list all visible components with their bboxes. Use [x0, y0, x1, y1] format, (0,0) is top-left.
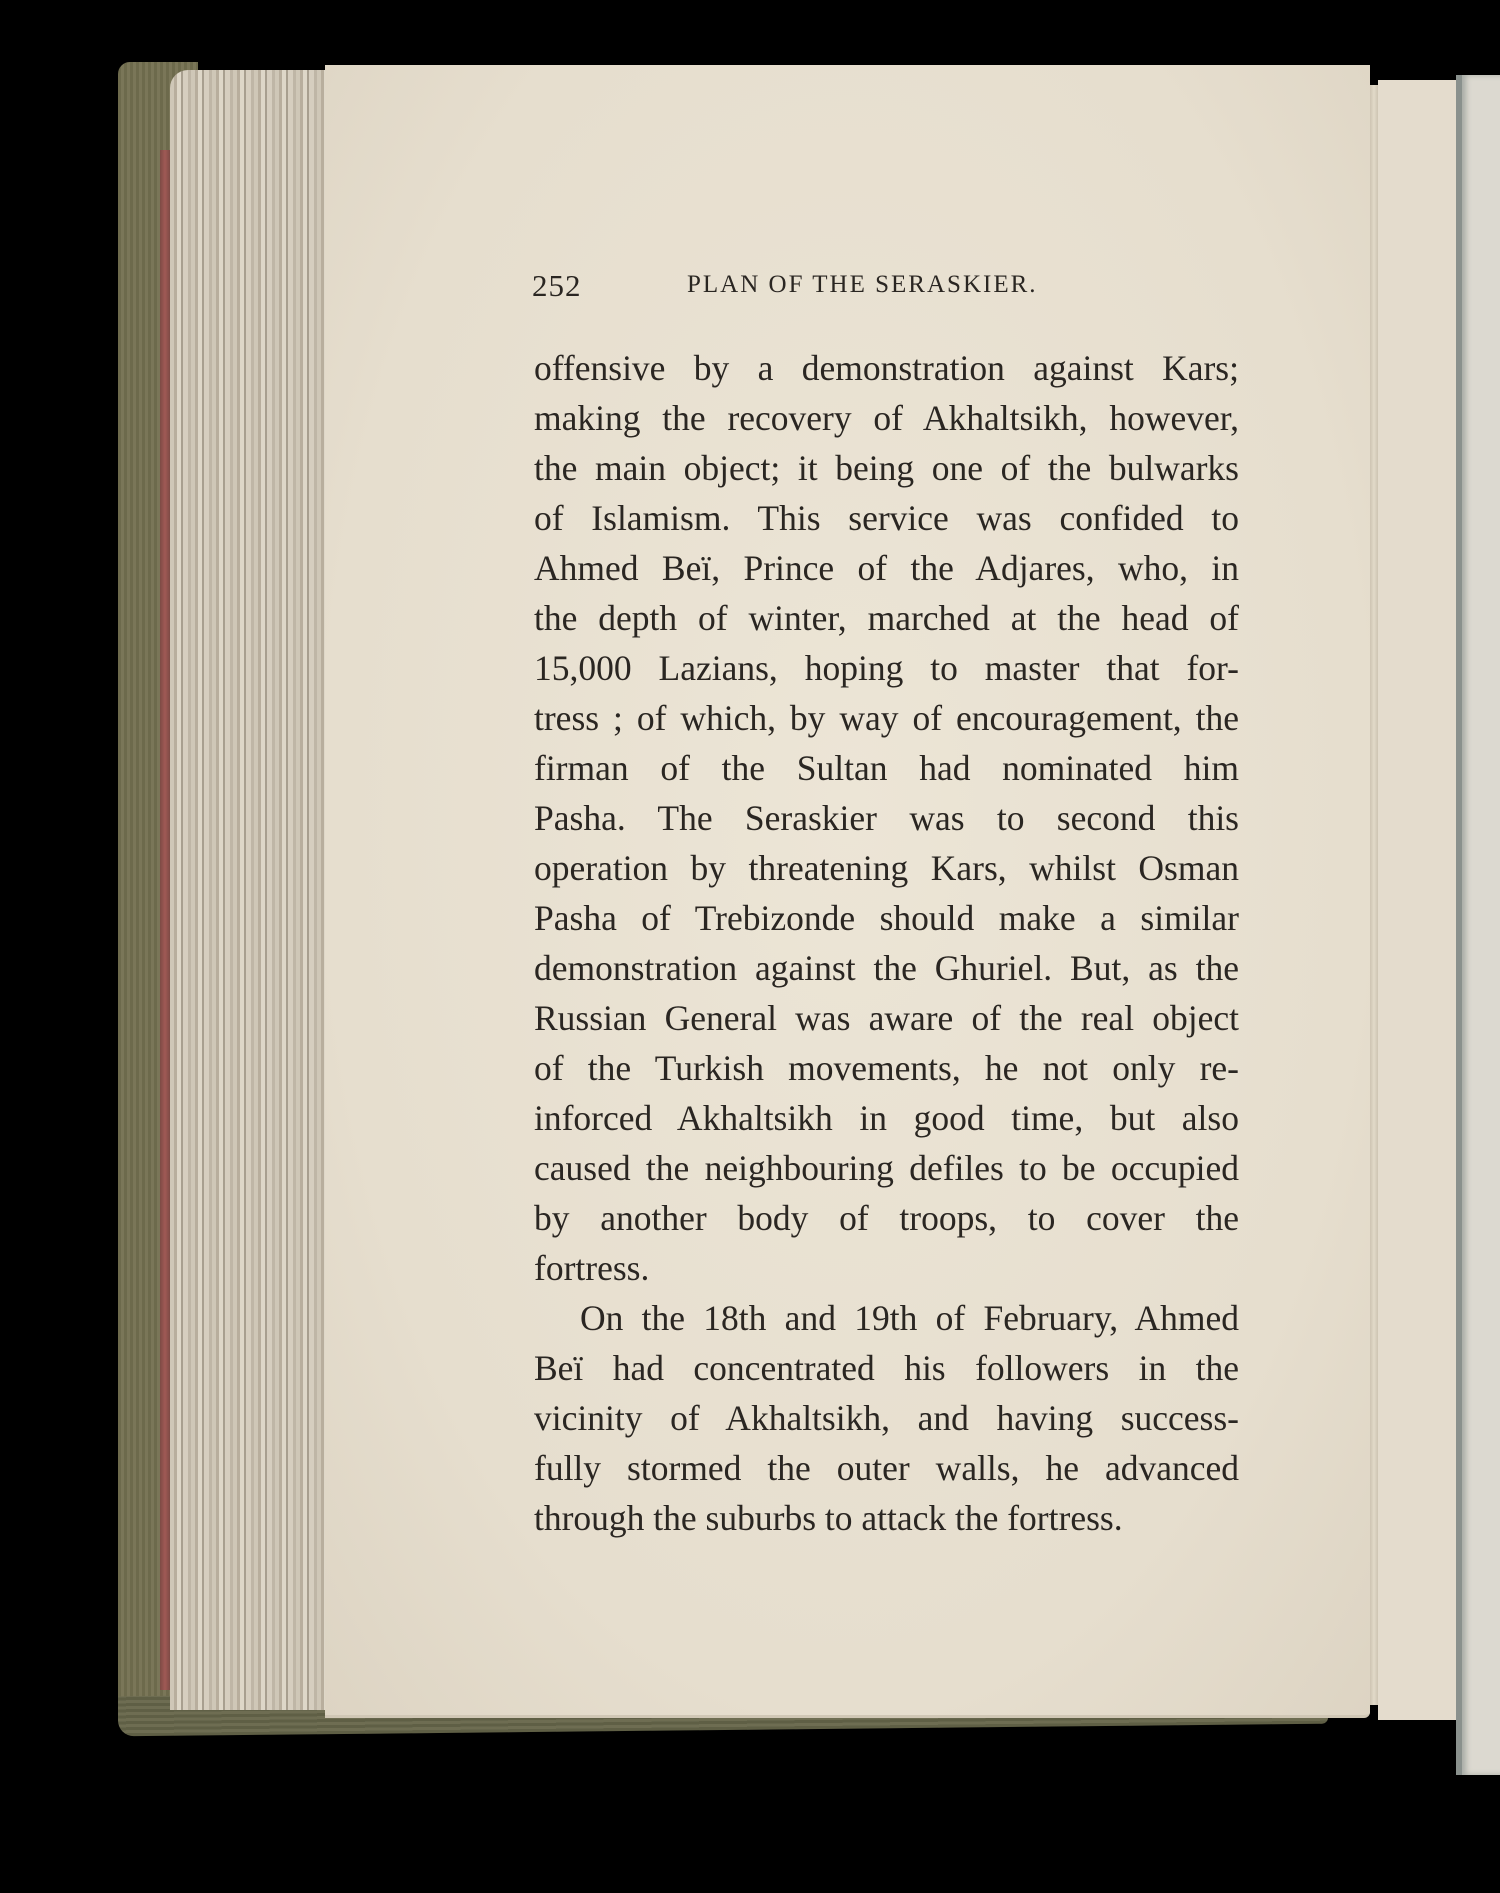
- text-line: of the Turkish movements, he not only re…: [534, 1043, 1239, 1093]
- text-line: by another body of troops, to cover the: [534, 1193, 1239, 1243]
- text-line: inforced Akhaltsikh in good time, but al…: [534, 1093, 1239, 1143]
- page-number: 252: [532, 268, 582, 304]
- book-headband: [160, 150, 170, 1690]
- text-line: offensive by a demonstration against Kar…: [534, 343, 1239, 393]
- text-line: Ahmed Beï, Prince of the Adjares, who, i…: [534, 543, 1239, 593]
- text-line: On the 18th and 19th of February, Ahmed: [534, 1293, 1239, 1343]
- text-line: caused the neighbouring defiles to be oc…: [534, 1143, 1239, 1193]
- text-line: Pasha of Trebizonde should make a simila…: [534, 893, 1239, 943]
- right-page-margin: [1378, 80, 1456, 1720]
- text-line: firman of the Sultan had nominated him: [534, 743, 1239, 793]
- text-line: fully stormed the outer walls, he advanc…: [534, 1443, 1239, 1493]
- text-line: of Islamism. This service was confided t…: [534, 493, 1239, 543]
- text-line: the main object; it being one of the bul…: [534, 443, 1239, 493]
- text-line: vicinity of Akhaltsikh, and having succe…: [534, 1393, 1239, 1443]
- paragraph: On the 18th and 19th of February, AhmedB…: [534, 1293, 1239, 1543]
- text-line: through the suburbs to attack the fortre…: [534, 1493, 1239, 1543]
- text-line: the depth of winter, marched at the head…: [534, 593, 1239, 643]
- right-page-edge: [1456, 75, 1500, 1775]
- running-head: 252 PLAN OF THE SERASKIER.: [532, 268, 1232, 308]
- book-gutter: [1370, 85, 1378, 1705]
- text-line: 15,000 Lazians, hoping to master that fo…: [534, 643, 1239, 693]
- text-line: tress ; of which, by way of encouragemen…: [534, 693, 1239, 743]
- text-line: Beï had concentrated his followers in th…: [534, 1343, 1239, 1393]
- running-head-title: PLAN OF THE SERASKIER.: [687, 271, 1038, 299]
- page-stack-edge: [170, 70, 330, 1710]
- text-line: making the recovery of Akhaltsikh, howev…: [534, 393, 1239, 443]
- body-text: offensive by a demonstration against Kar…: [534, 343, 1239, 1543]
- paragraph: offensive by a demonstration against Kar…: [534, 343, 1239, 1293]
- text-line: fortress.: [534, 1243, 1239, 1293]
- text-line: Pasha. The Seraskier was to second this: [534, 793, 1239, 843]
- text-line: operation by threatening Kars, whilst Os…: [534, 843, 1239, 893]
- text-line: Russian General was aware of the real ob…: [534, 993, 1239, 1043]
- text-line: demonstration against the Ghuriel. But, …: [534, 943, 1239, 993]
